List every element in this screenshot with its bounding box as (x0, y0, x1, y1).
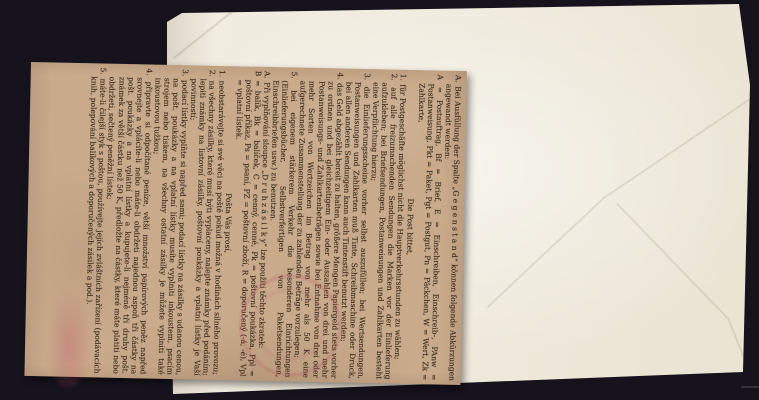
paragraph-text: připravte si odpočítané peníze, větší mn… (106, 77, 154, 375)
card-paragraph: 4. připravte si odpočítané peníze, větší… (102, 68, 154, 375)
paragraph-number: 1. (399, 74, 408, 85)
paragraph-text: Pošta Vás prosí, (223, 193, 233, 253)
paragraph-number: 4. (335, 72, 344, 83)
paragraph-number: 3. (181, 69, 190, 80)
envelope-flap-crease-left (487, 198, 604, 308)
paragraph-number: 4. (144, 68, 153, 81)
paragraph-number: 5. (99, 67, 108, 78)
paragraph-number: 2. (390, 74, 399, 88)
paragraph-number: 2. (208, 70, 217, 81)
card-paragraph: 3. podací lístky vyplňte si napřed sami;… (147, 69, 190, 376)
paragraph-number: 1. (217, 70, 226, 81)
paragraph-text: Bei Ausfüllung der Spalte „G e g e n s t… (443, 84, 463, 381)
envelope-flap-crease-lower-right (616, 203, 729, 320)
envelope-flap-crease-upper-right (603, 95, 756, 199)
paragraph-text: Die Post bittet, (405, 198, 415, 255)
paragraph-number: 5. (290, 71, 299, 90)
paragraph-text: podací lístky vyplňte si napřed sami; po… (152, 78, 190, 376)
instruction-card: A. Bei Ausfüllung der Spalte „G e g e n … (24, 62, 466, 385)
backdrop-glint (741, 386, 759, 388)
photo-backdrop: { "scene": { "description_colors": { "ba… (0, 0, 759, 400)
paragraph-number: A. (263, 71, 272, 82)
paragraph-number: 3. (363, 73, 372, 87)
envelope-flap-crease-corner (728, 319, 744, 358)
paragraph-number: A. (454, 75, 463, 86)
